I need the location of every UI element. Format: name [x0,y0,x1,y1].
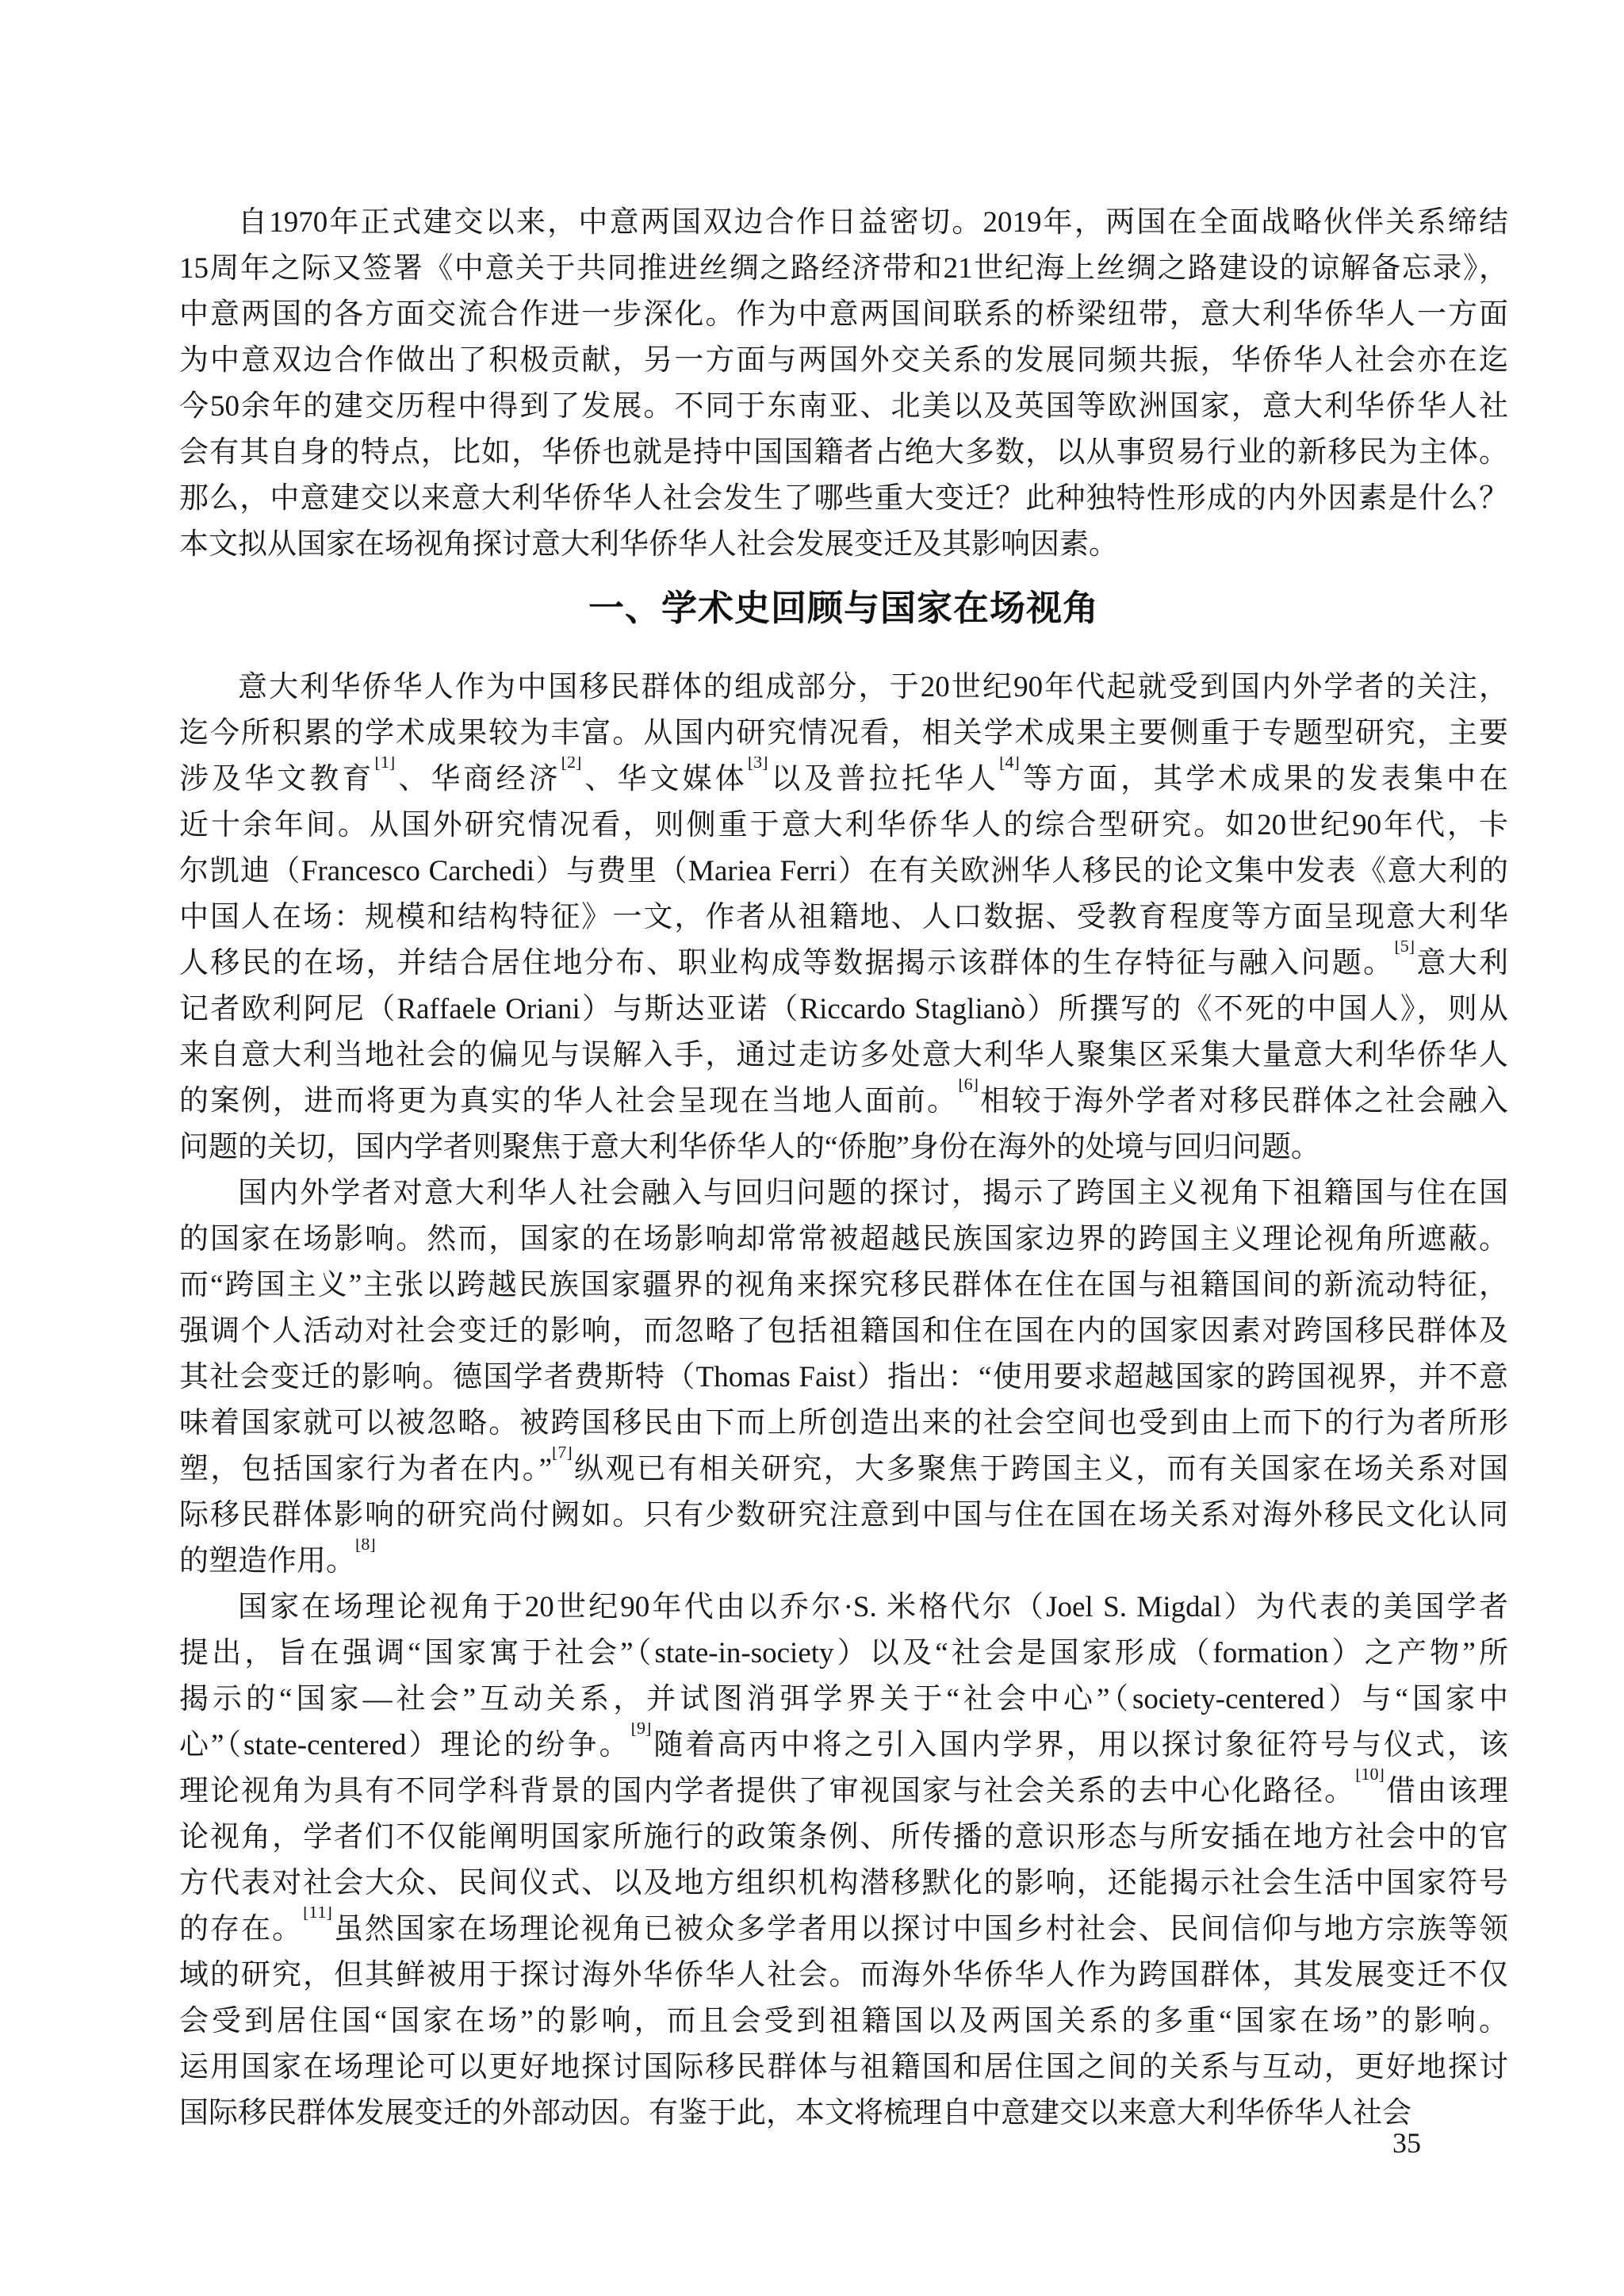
footnote-ref: [6] [958,1079,979,1094]
journal-page: 自1970年正式建交以来，中意两国双边合作日益密切。2019年，两国在全面战略伙… [0,0,1624,2296]
footnote-ref: [4] [999,757,1020,772]
text-line: 会有其自身的特点，比如，华侨也就是持中国国籍者占绝大多数，以从事贸易行业的新移民… [179,430,1508,476]
text-line: 迄今所积累的学术成果较为丰富。从国内研究情况看，相关学术成果主要侧重于专题型研究… [179,711,1508,757]
footnote-ref: [10] [1355,1769,1385,1784]
text-line: 的国家在场影响。然而，国家的在场影响却常常被超越民族国家边界的跨国主义理论视角所… [179,1217,1508,1263]
paragraph: 国内外学者对意大利华人社会融入与回归问题的探讨，揭示了跨国主义视角下祖籍国与住在… [179,1171,1508,1585]
text-line: 国内外学者对意大利华人社会融入与回归问题的探讨，揭示了跨国主义视角下祖籍国与住在… [179,1171,1508,1217]
footnote-ref: [5] [1394,941,1415,956]
text-line: 15周年之际又签署《中意关于共同推进丝绸之路经济带和21世纪海上丝绸之路建设的谅… [179,246,1508,292]
text-line: 涉及华文教育[1]、华商经济[2]、华文媒体[3]以及普拉托华人[4]等方面，其… [179,757,1508,803]
document-body: 自1970年正式建交以来，中意两国双边合作日益密切。2019年，两国在全面战略伙… [179,200,1508,2137]
text-line: 自1970年正式建交以来，中意两国双边合作日益密切。2019年，两国在全面战略伙… [179,200,1508,246]
text-line: 的塑造作用。[8] [179,1539,1508,1585]
paragraph: 自1970年正式建交以来，中意两国双边合作日益密切。2019年，两国在全面战略伙… [179,200,1508,568]
text-line: 论视角，学者们不仅能阐明国家所施行的政策条例、所传播的意识形态与所安插在地方社会… [179,1815,1508,1861]
text-line: 揭示的“国家—社会”互动关系，并试图消弭学界关于“社会中心”（society-c… [179,1677,1508,1723]
footnote-ref: [7] [552,1447,573,1462]
text-line: 提出，旨在强调“国家寓于社会”（state-in-society）以及“社会是国… [179,1631,1508,1677]
text-line: 尔凯迪（Francesco Carchedi）与费里（Mariea Ferri）… [179,849,1508,895]
text-line: 方代表对社会大众、民间仪式、以及地方组织机构潜移默化的影响，还能揭示社会生活中国… [179,1861,1508,1907]
text-line: 为中意双边合作做出了积极贡献，另一方面与两国外交关系的发展同频共振，华侨华人社会… [179,338,1508,384]
text-line: 那么，中意建交以来意大利华侨华人社会发生了哪些重大变迁？此种独特性形成的内外因素… [179,476,1508,522]
paragraph: 国家在场理论视角于20世纪90年代由以乔尔·S. 米格代尔（Joel S. Mi… [179,1585,1508,2137]
text-line: 域的研究，但其鲜被用于探讨海外华侨华人社会。而海外华侨华人作为跨国群体，其发展变… [179,1953,1508,1999]
text-line: 来自意大利当地社会的偏见与误解入手，通过走访多处意大利华人聚集区采集大量意大利华… [179,1033,1508,1079]
text-line: 人移民的在场，并结合居住地分布、职业构成等数据揭示该群体的生存特征与融入问题。[… [179,941,1508,987]
text-line: 味着国家就可以被忽略。被跨国移民由下而上所创造出来的社会空间也受到由上而下的行为… [179,1401,1508,1447]
text-line: 国际移民群体发展变迁的外部动因。有鉴于此，本文将梳理自中意建交以来意大利华侨华人… [179,2091,1508,2137]
text-line: 国家在场理论视角于20世纪90年代由以乔尔·S. 米格代尔（Joel S. Mi… [179,1585,1508,1631]
text-line: 问题的关切，国内学者则聚焦于意大利华侨华人的“侨胞”身份在海外的处境与回归问题。 [179,1125,1508,1171]
footnote-ref: [11] [303,1907,332,1922]
text-line: 际移民群体影响的研究尚付阙如。只有少数研究注意到中国与住在国在场关系对海外移民文… [179,1493,1508,1539]
text-line: 强调个人活动对社会变迁的影响，而忽略了包括祖籍国和住在国在内的国家因素对跨国移民… [179,1309,1508,1355]
text-line: 本文拟从国家在场视角探讨意大利华侨华人社会发展变迁及其影响因素。 [179,522,1508,568]
text-line: 的案例，进而将更为真实的华人社会呈现在当地人面前。[6]相较于海外学者对移民群体… [179,1079,1508,1125]
footnote-ref: [8] [355,1539,376,1554]
text-line: 近十余年间。从国外研究情况看，则侧重于意大利华侨华人的综合型研究。如20世纪90… [179,803,1508,849]
text-line: 而“跨国主义”主张以跨越民族国家疆界的视角来探究移民群体在住在国与祖籍国间的新流… [179,1263,1508,1309]
text-line: 其社会变迁的影响。德国学者费斯特（Thomas Faist）指出：“使用要求超越… [179,1355,1508,1401]
section-heading: 一、学术史回顾与国家在场视角 [179,587,1508,630]
footnote-ref: [3] [748,757,768,772]
text-line: 的存在。[11]虽然国家在场理论视角已被众多学者用以探讨中国乡村社会、民间信仰与… [179,1907,1508,1953]
text-line: 记者欧利阿尼（Raffaele Oriani）与斯达亚诺（Riccardo St… [179,987,1508,1033]
text-line: 中意两国的各方面交流合作进一步深化。作为中意两国间联系的桥梁纽带，意大利华侨华人… [179,292,1508,338]
text-line: 心”（state-centered）理论的纷争。[9]随着高丙中将之引入国内学界… [179,1723,1508,1769]
text-line: 塑，包括国家行为者在内。”[7]纵观已有相关研究，大多聚焦于跨国主义，而有关国家… [179,1447,1508,1493]
text-line: 运用国家在场理论可以更好地探讨国际移民群体与祖籍国和居住国之间的关系与互动，更好… [179,2045,1508,2091]
footnote-ref: [1] [375,757,396,772]
paragraph: 意大利华侨华人作为中国移民群体的组成部分，于20世纪90年代起就受到国内外学者的… [179,665,1508,1171]
text-line: 理论视角为具有不同学科背景的国内学者提供了审视国家与社会关系的去中心化路径。[1… [179,1769,1508,1815]
footnote-ref: [2] [561,757,582,772]
text-line: 意大利华侨华人作为中国移民群体的组成部分，于20世纪90年代起就受到国内外学者的… [179,665,1508,711]
text-line: 中国人在场：规模和结构特征》一文，作者从祖籍地、人口数据、受教育程度等方面呈现意… [179,895,1508,941]
page-number: 35 [1392,2125,1421,2160]
footnote-ref: [9] [631,1723,652,1738]
text-line: 会受到居住国“国家在场”的影响，而且会受到祖籍国以及两国关系的多重“国家在场”的… [179,1999,1508,2045]
text-line: 今50余年的建交历程中得到了发展。不同于东南亚、北美以及英国等欧洲国家，意大利华… [179,384,1508,430]
